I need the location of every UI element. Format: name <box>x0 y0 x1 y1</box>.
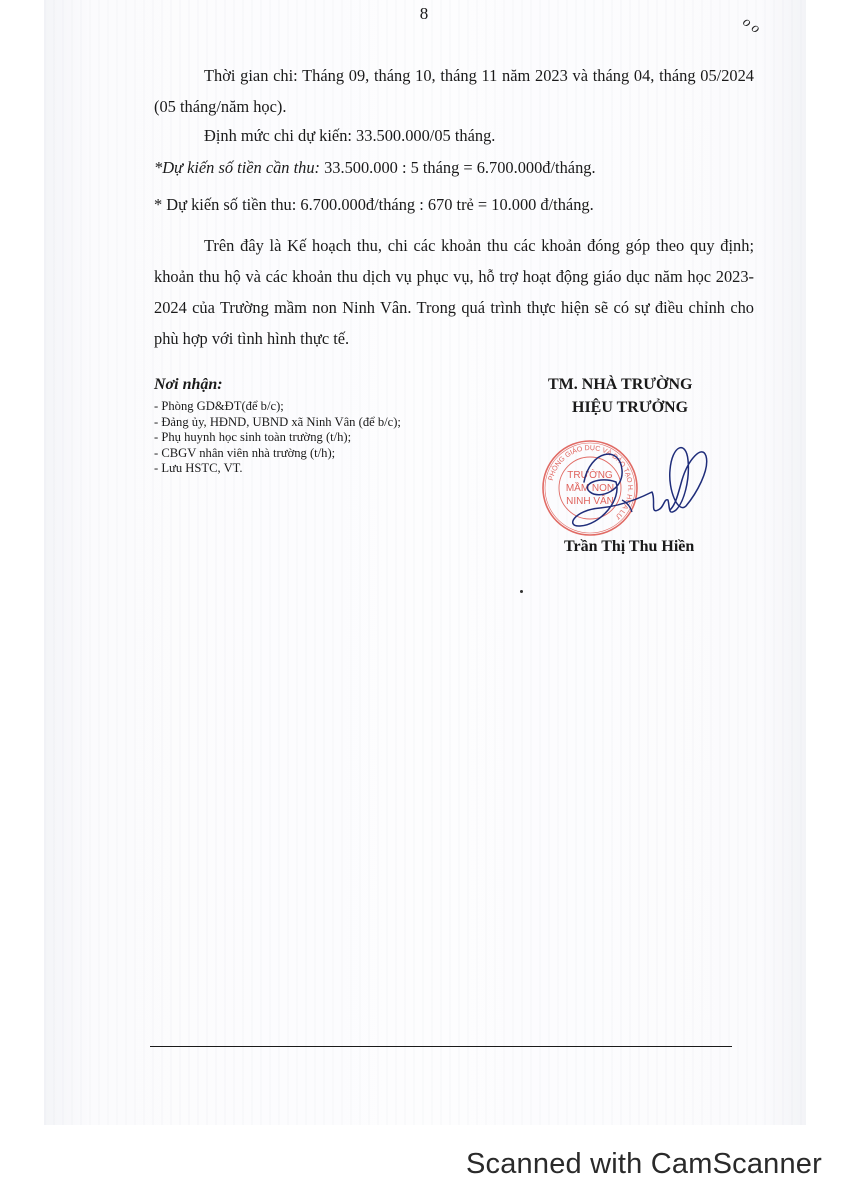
footer-rule <box>150 1046 732 1047</box>
handwritten-signature-icon <box>560 430 720 540</box>
page-number: 8 <box>0 4 848 24</box>
signature-heading-title: HIỆU TRƯỞNG <box>572 399 688 417</box>
expected-collection-line: *Dự kiến số tiền cần thu: 33.500.000 : 5… <box>154 158 596 178</box>
closing-paragraph: Trên đây là Kế hoạch thu, chi các khoản … <box>154 230 754 354</box>
recipient-item: - Phụ huynh học sinh toàn trường (t/h); <box>154 430 401 446</box>
recipients-list: - Phòng GD&ĐT(để b/c); - Đảng ủy, HĐND, … <box>154 399 401 477</box>
expense-time-paragraph: Thời gian chi: Tháng 09, tháng 10, tháng… <box>154 60 754 122</box>
camscanner-watermark: Scanned with CamScanner <box>0 1148 822 1181</box>
recipient-item: - Đảng ủy, HĐND, UBND xã Ninh Vân (để b/… <box>154 415 401 431</box>
expected-per-child-line: * Dự kiến số tiền thu: 6.700.000đ/tháng … <box>154 195 594 215</box>
expected-collection-label: *Dự kiến số tiền cần thu: <box>154 158 320 177</box>
expense-norm-line: Định mức chi dự kiến: 33.500.000/05 thán… <box>204 126 495 146</box>
recipient-item: - CBGV nhân viên nhà trường (t/h); <box>154 446 401 462</box>
signer-name: Trần Thị Thu Hiền <box>564 538 694 556</box>
scan-speck <box>520 590 523 593</box>
recipients-title: Nơi nhận: <box>154 376 223 394</box>
recipient-item: - Lưu HSTC, VT. <box>154 461 401 477</box>
expected-collection-value: 33.500.000 : 5 tháng = 6.700.000đ/tháng. <box>320 158 596 177</box>
recipient-item: - Phòng GD&ĐT(để b/c); <box>154 399 401 415</box>
signature-heading-org: TM. NHÀ TRƯỜNG <box>548 376 692 394</box>
